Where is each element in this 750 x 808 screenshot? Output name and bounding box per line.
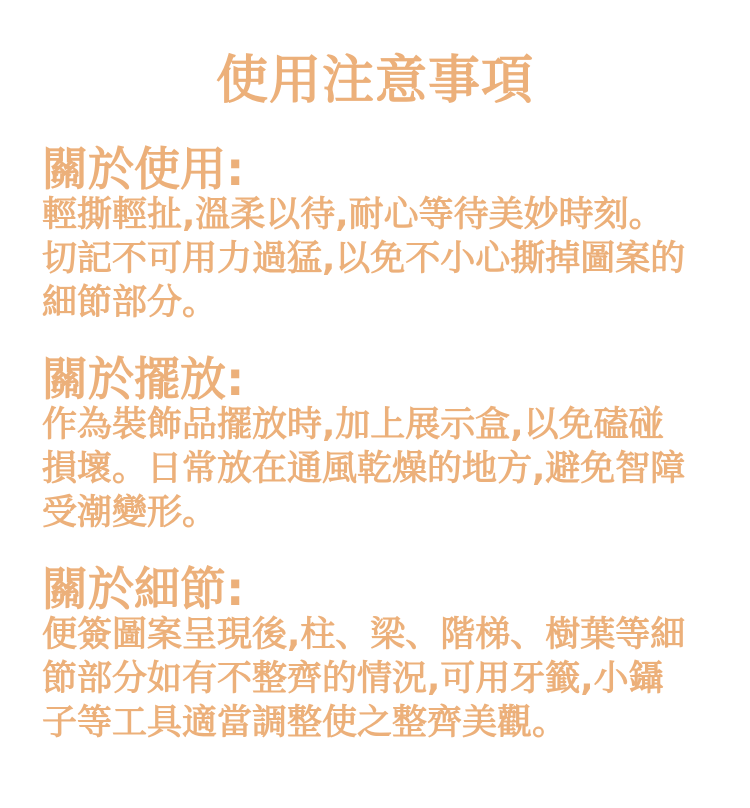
section-usage-heading: 關於使用: bbox=[42, 145, 708, 193]
section-details-body: 便簽圖案呈現後,柱、梁、階梯、樹葉等細 節部分如有不整齊的情況,可用牙籤,小鑷 … bbox=[42, 613, 708, 745]
section-placement: 關於擺放: 作為裝飾品擺放時,加上展示盒,以免磕碰 損壞。日常放在通風乾燥的地方… bbox=[42, 355, 708, 535]
section-details-heading: 關於細節: bbox=[42, 565, 708, 613]
usage-notes-page: 使用注意事項 關於使用: 輕撕輕扯,溫柔以待,耐心等待美妙時刻。 切記不可用力過… bbox=[0, 0, 750, 808]
section-placement-body: 作為裝飾品擺放時,加上展示盒,以免磕碰 損壞。日常放在通風乾燥的地方,避免智障 … bbox=[42, 403, 708, 535]
page-title: 使用注意事項 bbox=[42, 55, 708, 107]
section-details: 關於細節: 便簽圖案呈現後,柱、梁、階梯、樹葉等細 節部分如有不整齊的情況,可用… bbox=[42, 565, 708, 745]
section-usage: 關於使用: 輕撕輕扯,溫柔以待,耐心等待美妙時刻。 切記不可用力過猛,以免不小心… bbox=[42, 145, 708, 325]
section-usage-body: 輕撕輕扯,溫柔以待,耐心等待美妙時刻。 切記不可用力過猛,以免不小心撕掉圖案的 … bbox=[42, 193, 708, 325]
section-placement-heading: 關於擺放: bbox=[42, 355, 708, 403]
